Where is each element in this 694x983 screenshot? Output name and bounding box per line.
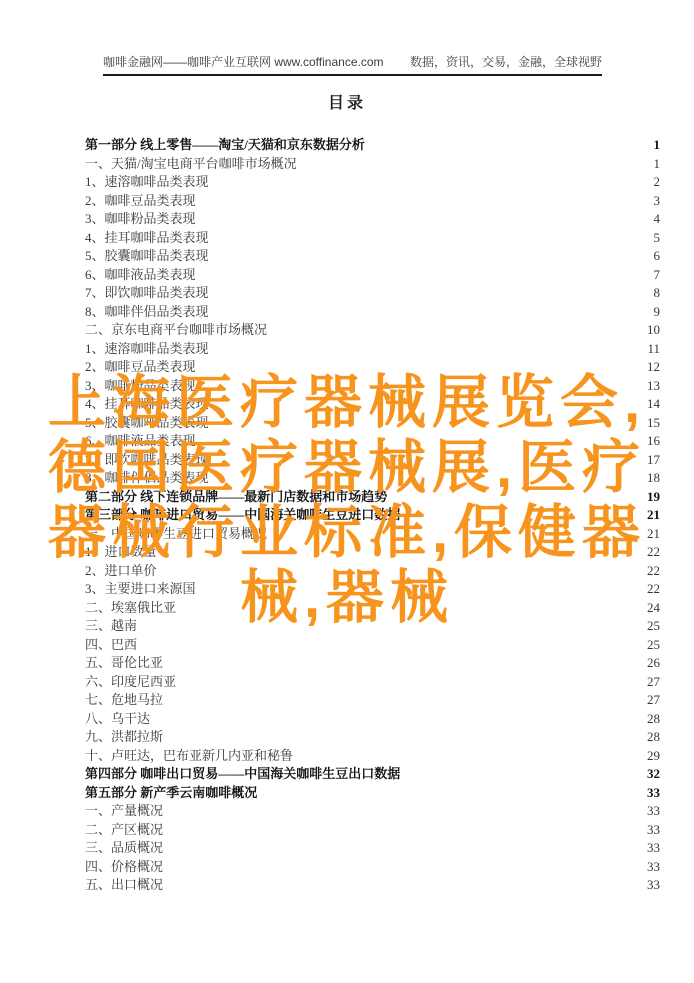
toc-entry-label: 2、咖啡豆品类表现 [85, 192, 196, 211]
toc-entry-page-number: 33 [639, 858, 660, 877]
toc-entry-label: 1、进口数量 [85, 543, 157, 562]
toc-row: 四、巴西25 [85, 636, 660, 655]
toc-entry-page-number: 24 [639, 599, 660, 618]
toc-entry-label: 四、巴西 [85, 636, 137, 655]
toc-list: 第一部分 线上零售——淘宝/天猫和京东数据分析1一、天猫/淘宝电商平台咖啡市场概… [85, 136, 660, 895]
toc-entry-page-number: 9 [646, 303, 661, 322]
toc-row: 九、洪都拉斯28 [85, 728, 660, 747]
toc-entry-label: 一、中国咖啡生豆进口贸易概况 [85, 525, 267, 544]
toc-entry-page-number: 4 [646, 210, 661, 229]
header-divider [103, 74, 602, 76]
toc-entry-label: 1、速溶咖啡品类表现 [85, 340, 209, 359]
toc-entry-page-number: 6 [646, 247, 661, 266]
toc-entry-page-number: 32 [639, 765, 660, 784]
toc-row: 1、速溶咖啡品类表现11 [85, 340, 660, 359]
toc-entry-label: 4、挂耳咖啡品类表现 [85, 395, 209, 414]
toc-entry-label: 三、越南 [85, 617, 137, 636]
toc-entry-page-number: 14 [639, 395, 660, 414]
toc-entry-page-number: 28 [639, 728, 660, 747]
toc-row: 3、主要进口来源国22 [85, 580, 660, 599]
toc-row: 三、越南25 [85, 617, 660, 636]
toc-entry-page-number: 33 [639, 784, 660, 803]
toc-entry-label: 3、咖啡粉品类表现 [85, 210, 196, 229]
toc-entry-label: 四、价格概况 [85, 858, 163, 877]
toc-row: 6、咖啡液品类表现7 [85, 266, 660, 285]
toc-entry-page-number: 21 [639, 506, 660, 525]
page-header: 咖啡金融网——咖啡产业互联网 www.coffinance.com 数据，资讯，… [103, 53, 602, 70]
toc-title: 目录 [0, 90, 694, 113]
toc-row: 三、品质概况33 [85, 839, 660, 858]
toc-entry-page-number: 7 [646, 266, 661, 285]
toc-entry-page-number: 26 [639, 654, 660, 673]
toc-entry-page-number: 11 [639, 340, 660, 359]
toc-row: 二、产区概况33 [85, 821, 660, 840]
toc-entry-label: 第四部分 咖啡出口贸易——中国海关咖啡生豆出口数据 [85, 765, 400, 784]
toc-entry-page-number: 2 [646, 173, 661, 192]
toc-entry-page-number: 18 [639, 469, 660, 488]
toc-entry-label: 3、主要进口来源国 [85, 580, 196, 599]
toc-entry-page-number: 1 [646, 155, 661, 174]
toc-row: 五、出口概况33 [85, 876, 660, 895]
toc-row: 一、天猫/淘宝电商平台咖啡市场概况1 [85, 155, 660, 174]
toc-entry-page-number: 29 [639, 747, 660, 766]
toc-row: 二、埃塞俄比亚24 [85, 599, 660, 618]
toc-row: 第四部分 咖啡出口贸易——中国海关咖啡生豆出口数据32 [85, 765, 660, 784]
toc-row: 1、进口数量22 [85, 543, 660, 562]
toc-row: 2、咖啡豆品类表现12 [85, 358, 660, 377]
toc-entry-label: 五、出口概况 [85, 876, 163, 895]
toc-row: 6、咖啡液品类表现16 [85, 432, 660, 451]
toc-row: 二、京东电商平台咖啡市场概况10 [85, 321, 660, 340]
toc-entry-label: 6、咖啡液品类表现 [85, 432, 196, 451]
toc-row: 2、咖啡豆品类表现3 [85, 192, 660, 211]
toc-entry-label: 7、即饮咖啡品类表现 [85, 284, 209, 303]
toc-entry-page-number: 5 [646, 229, 661, 248]
toc-entry-label: 九、洪都拉斯 [85, 728, 163, 747]
toc-row: 八、乌干达28 [85, 710, 660, 729]
toc-row: 4、挂耳咖啡品类表现14 [85, 395, 660, 414]
toc-entry-page-number: 10 [639, 321, 660, 340]
toc-entry-label: 8、咖啡伴侣品类表现 [85, 469, 209, 488]
toc-row: 1、速溶咖啡品类表现2 [85, 173, 660, 192]
toc-entry-label: 第二部分 线下连锁品牌——最新门店数据和市场趋势 [85, 488, 387, 507]
toc-row: 7、即饮咖啡品类表现17 [85, 451, 660, 470]
toc-entry-label: 3、咖啡粉品类表现 [85, 377, 196, 396]
toc-entry-label: 五、哥伦比亚 [85, 654, 163, 673]
toc-entry-label: 4、挂耳咖啡品类表现 [85, 229, 209, 248]
toc-row: 第一部分 线上零售——淘宝/天猫和京东数据分析1 [85, 136, 660, 155]
toc-entry-page-number: 33 [639, 821, 660, 840]
toc-row: 8、咖啡伴侣品类表现18 [85, 469, 660, 488]
toc-entry-page-number: 25 [639, 636, 660, 655]
toc-entry-page-number: 12 [639, 358, 660, 377]
toc-entry-page-number: 15 [639, 414, 660, 433]
toc-entry-label: 六、印度尼西亚 [85, 673, 176, 692]
toc-entry-label: 第一部分 线上零售——淘宝/天猫和京东数据分析 [85, 136, 365, 155]
toc-row: 六、印度尼西亚27 [85, 673, 660, 692]
toc-row: 第二部分 线下连锁品牌——最新门店数据和市场趋势19 [85, 488, 660, 507]
toc-entry-page-number: 28 [639, 710, 660, 729]
toc-row: 4、挂耳咖啡品类表现5 [85, 229, 660, 248]
toc-entry-page-number: 19 [639, 488, 660, 507]
toc-row: 五、哥伦比亚26 [85, 654, 660, 673]
toc-entry-page-number: 22 [639, 562, 660, 581]
toc-entry-label: 二、埃塞俄比亚 [85, 599, 176, 618]
toc-entry-label: 十、卢旺达，巴布亚新几内亚和秘鲁 [85, 747, 293, 766]
toc-entry-label: 一、天猫/淘宝电商平台咖啡市场概况 [85, 155, 297, 174]
toc-entry-label: 二、京东电商平台咖啡市场概况 [85, 321, 267, 340]
toc-entry-label: 八、乌干达 [85, 710, 150, 729]
toc-row: 5、胶囊咖啡品类表现6 [85, 247, 660, 266]
toc-row: 四、价格概况33 [85, 858, 660, 877]
toc-entry-label: 6、咖啡液品类表现 [85, 266, 196, 285]
header-tagline: 数据，资讯，交易，金融，全球视野 [410, 53, 602, 70]
toc-entry-page-number: 17 [639, 451, 660, 470]
toc-row: 8、咖啡伴侣品类表现9 [85, 303, 660, 322]
document-page: 咖啡金融网——咖啡产业互联网 www.coffinance.com 数据，资讯，… [0, 0, 694, 983]
toc-entry-label: 5、胶囊咖啡品类表现 [85, 247, 209, 266]
toc-entry-page-number: 16 [639, 432, 660, 451]
toc-row: 3、咖啡粉品类表现4 [85, 210, 660, 229]
toc-entry-page-number: 33 [639, 839, 660, 858]
toc-entry-page-number: 25 [639, 617, 660, 636]
toc-entry-label: 二、产区概况 [85, 821, 163, 840]
toc-entry-label: 8、咖啡伴侣品类表现 [85, 303, 209, 322]
toc-entry-label: 2、咖啡豆品类表现 [85, 358, 196, 377]
toc-entry-page-number: 22 [639, 580, 660, 599]
toc-row: 5、胶囊咖啡品类表现15 [85, 414, 660, 433]
toc-row: 一、中国咖啡生豆进口贸易概况21 [85, 525, 660, 544]
header-site-name: 咖啡金融网——咖啡产业互联网 www.coffinance.com [103, 53, 384, 70]
toc-row: 2、进口单价22 [85, 562, 660, 581]
toc-entry-label: 一、产量概况 [85, 802, 163, 821]
toc-row: 7、即饮咖啡品类表现8 [85, 284, 660, 303]
toc-entry-page-number: 27 [639, 691, 660, 710]
toc-entry-label: 三、品质概况 [85, 839, 163, 858]
toc-entry-page-number: 33 [639, 802, 660, 821]
toc-entry-label: 7、即饮咖啡品类表现 [85, 451, 209, 470]
toc-entry-page-number: 33 [639, 876, 660, 895]
toc-entry-page-number: 3 [646, 192, 661, 211]
toc-row: 第五部分 新产季云南咖啡概况33 [85, 784, 660, 803]
toc-entry-page-number: 27 [639, 673, 660, 692]
toc-entry-label: 2、进口单价 [85, 562, 157, 581]
toc-entry-page-number: 21 [639, 525, 660, 544]
toc-row: 一、产量概况33 [85, 802, 660, 821]
toc-row: 十、卢旺达，巴布亚新几内亚和秘鲁29 [85, 747, 660, 766]
toc-row: 3、咖啡粉品类表现13 [85, 377, 660, 396]
toc-entry-label: 第三部分 咖啡进口贸易——中国海关咖啡生豆进口数据 [85, 506, 400, 525]
toc-entry-label: 七、危地马拉 [85, 691, 163, 710]
toc-entry-page-number: 1 [646, 136, 661, 155]
toc-row: 第三部分 咖啡进口贸易——中国海关咖啡生豆进口数据21 [85, 506, 660, 525]
toc-entry-page-number: 8 [646, 284, 661, 303]
toc-entry-page-number: 13 [639, 377, 660, 396]
toc-entry-label: 5、胶囊咖啡品类表现 [85, 414, 209, 433]
toc-entry-page-number: 22 [639, 543, 660, 562]
toc-row: 七、危地马拉27 [85, 691, 660, 710]
toc-entry-label: 1、速溶咖啡品类表现 [85, 173, 209, 192]
toc-entry-label: 第五部分 新产季云南咖啡概况 [85, 784, 257, 803]
